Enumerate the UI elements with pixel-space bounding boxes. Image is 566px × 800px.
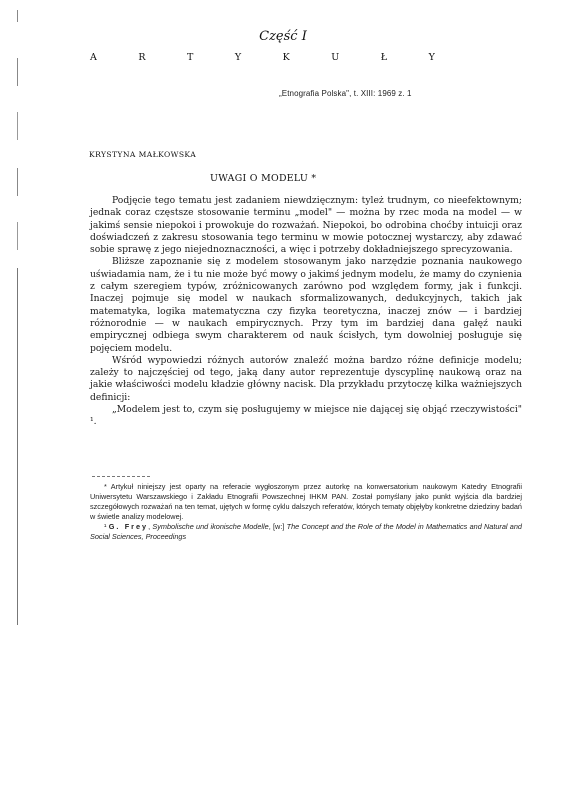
journal-reference: „Etnografia Polska", t. XIII: 1969 z. 1 — [279, 89, 412, 98]
footnote-1: ¹ G. Frey, Symbolische und ikonische Mod… — [90, 522, 522, 542]
footnote-in: , [w:] — [269, 522, 287, 531]
part-title: Część I — [0, 29, 566, 44]
footnote-star: * Artykuł niniejszy jest oparty na refer… — [90, 482, 522, 522]
footnote-marker: ¹ — [104, 522, 106, 531]
article-body: Podjęcie tego tematu jest zadaniem niewd… — [90, 195, 522, 429]
section-letter: R — [138, 52, 145, 63]
paragraph: Bliższe zapoznanie się z modelem stosowa… — [90, 256, 522, 354]
footnote-work-title: Symbolische und ikonische Modelle — [152, 522, 268, 531]
paragraph: Wśród wypowiedzi różnych autorów znaleźć… — [90, 355, 522, 404]
quote-paragraph: „Modelem jest to, czym się posługujemy w… — [90, 404, 522, 429]
section-letter: Y — [429, 52, 435, 63]
section-letter: Y — [235, 52, 241, 63]
author-name: KRYSTYNA MAŁKOWSKA — [89, 150, 196, 159]
section-letter: A — [90, 52, 97, 63]
footnote-author: G. Frey — [109, 522, 148, 531]
section-letter: Ł — [381, 52, 387, 63]
paragraph: Podjęcie tego tematu jest zadaniem niewd… — [90, 195, 522, 256]
section-heading-letters: A R T Y K U Ł Y — [90, 52, 435, 63]
scan-edge-line — [17, 10, 18, 625]
section-letter: K — [283, 52, 290, 63]
section-letter: T — [187, 52, 193, 63]
section-letter: U — [331, 52, 339, 63]
footnotes: * Artykuł niniejszy jest oparty na refer… — [90, 482, 522, 541]
footnote-separator — [92, 476, 150, 477]
article-title: UWAGI O MODELU * — [210, 173, 316, 184]
